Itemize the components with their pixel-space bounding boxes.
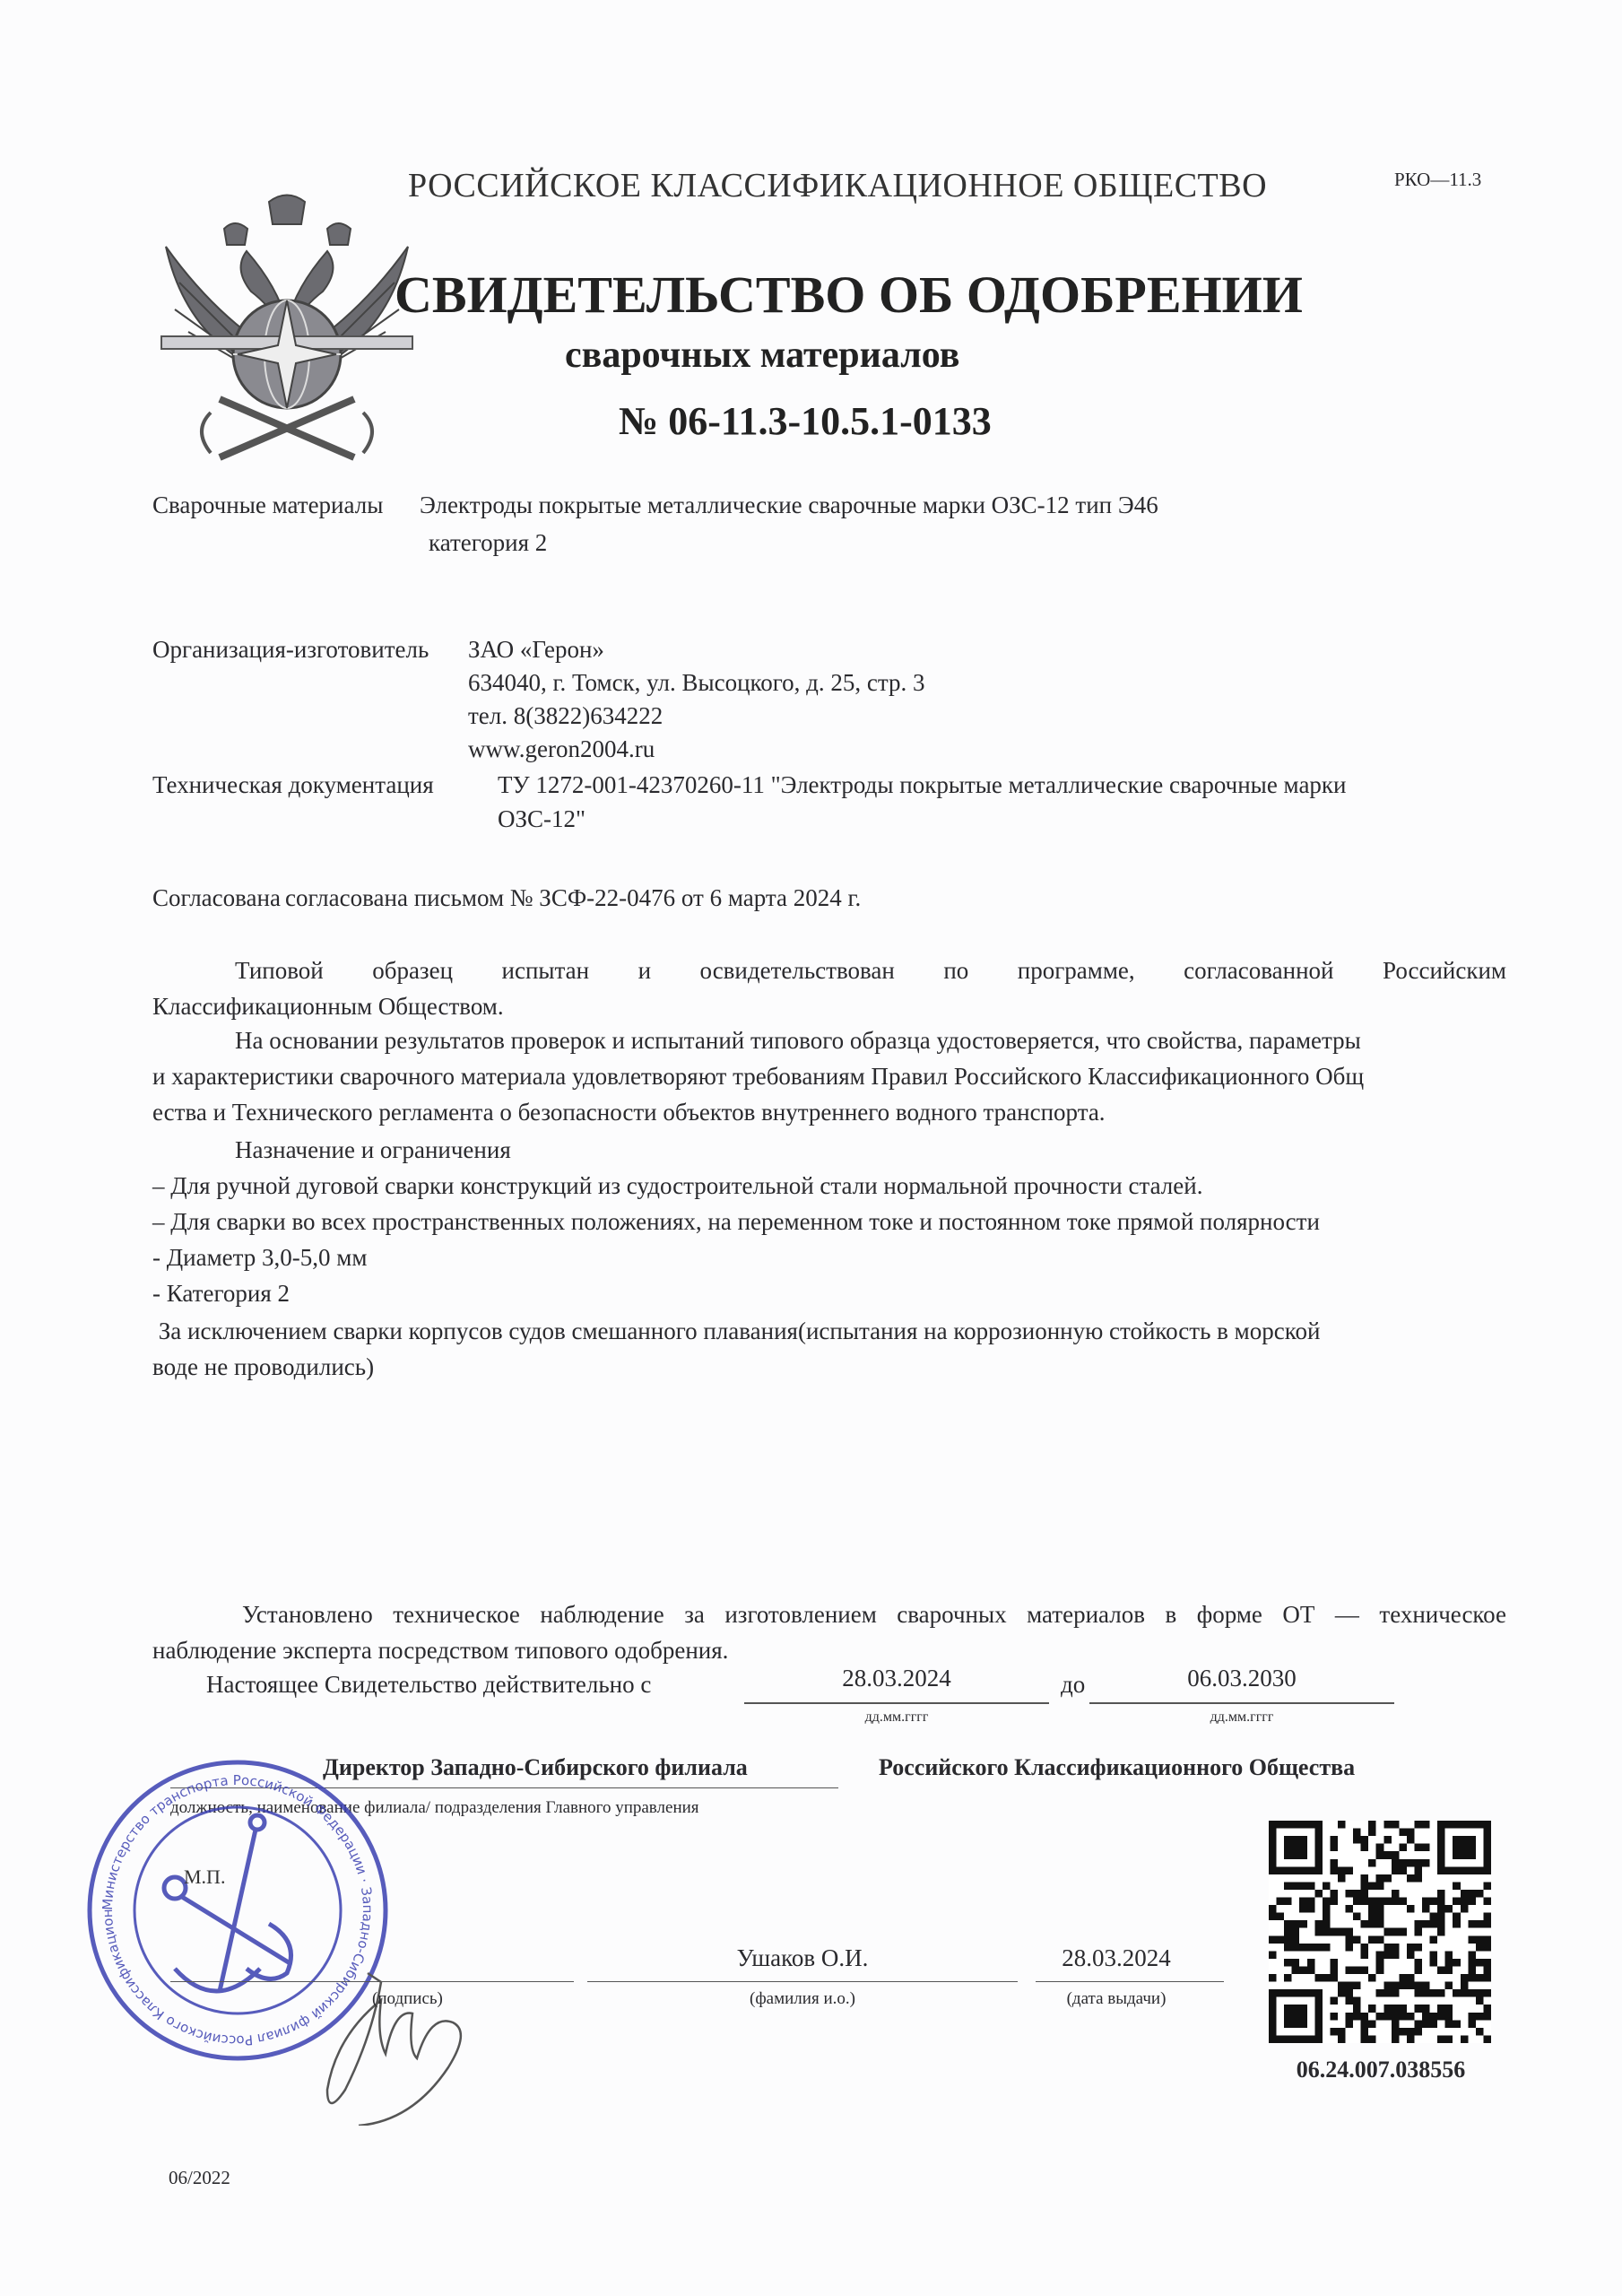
qr-code-number: 06.24.007.038556 <box>1255 2058 1506 2082</box>
manufacturer-label: Организация-изготовитель <box>152 638 429 662</box>
agreed-value: согласована письмом № ЗСФ-22-0476 от 6 м… <box>285 886 861 910</box>
exception-note-cont: воде не проводились) <box>152 1349 1506 1385</box>
manufacturer-website[interactable]: www.geron2004.ru <box>468 737 655 761</box>
supervision-paragraph: Установлено техническое наблюдение за из… <box>152 1596 1506 1668</box>
signatory-organization: Российского Классификационного Общества <box>879 1756 1355 1779</box>
paragraph-certification: На основании результатов проверок и испы… <box>152 1022 1506 1130</box>
double-headed-eagle-emblem-icon <box>157 184 417 471</box>
purpose-section: Назначение и ограничения – Для ручной ду… <box>152 1132 1506 1385</box>
tech-docs-label: Техническая документация <box>152 773 434 797</box>
purpose-item: – Для ручной дуговой сварки конструкций … <box>152 1168 1506 1204</box>
tech-docs-value-cont: ОЗС-12" <box>498 807 585 831</box>
valid-from-format: дд.мм.гггг <box>744 1709 1049 1726</box>
document-subtitle: сварочных материалов <box>565 336 959 374</box>
purpose-item: - Категория 2 <box>152 1275 1506 1311</box>
purpose-heading: Назначение и ограничения <box>152 1132 1506 1168</box>
valid-to-date: 06.03.2030 <box>1089 1666 1394 1691</box>
certificate-number: № 06-11.3-10.5.1-0133 <box>619 402 992 441</box>
issue-date-underline <box>1036 1981 1224 1982</box>
form-code: РКО—11.3 <box>1394 170 1481 189</box>
name-underline <box>587 1981 1018 1982</box>
valid-from-field: 28.03.2024 <box>744 1666 1049 1691</box>
form-version: 06/2022 <box>169 2169 230 2187</box>
valid-to-underline <box>1089 1702 1394 1704</box>
exception-note: За исключением сварки корпусов судов сме… <box>152 1313 1506 1349</box>
signature-underline <box>170 1981 574 1982</box>
signatory-name: Ушаков О.И. <box>690 1946 915 1970</box>
purpose-item: - Диаметр 3,0-5,0 мм <box>152 1239 1506 1275</box>
validity-label: Настоящее Свидетельство действительно с <box>206 1673 651 1697</box>
valid-from-date: 28.03.2024 <box>744 1666 1049 1691</box>
stamp-label: М.П. <box>184 1865 225 1888</box>
valid-to-label: до <box>1061 1673 1085 1697</box>
valid-from-underline <box>744 1702 1049 1704</box>
manufacturer-name: ЗАО «Герон» <box>468 638 604 662</box>
materials-label: Сварочные материалы <box>152 493 383 517</box>
document-title: СВИДЕТЕЛЬСТВО ОБ ОДОБРЕНИИ <box>395 269 1303 321</box>
purpose-item: – Для сварки во всех пространственных по… <box>152 1204 1506 1239</box>
agreed-label: Согласована <box>152 886 281 910</box>
materials-value: Электроды покрытые металлические сварочн… <box>420 493 1158 517</box>
signature-hint: (подпись) <box>372 1989 443 2009</box>
name-hint: (фамилия и.о.) <box>690 1989 915 2009</box>
tech-docs-value: ТУ 1272-001-42370260-11 "Электроды покры… <box>498 773 1347 797</box>
qr-code-icon[interactable] <box>1269 1821 1491 2043</box>
valid-to-field: 06.03.2030 <box>1089 1666 1394 1691</box>
manufacturer-address: 634040, г. Томск, ул. Высоцкого, д. 25, … <box>468 671 925 695</box>
issue-date: 28.03.2024 <box>1018 1946 1215 1970</box>
issue-date-hint: (дата выдачи) <box>1018 1989 1215 2009</box>
organization-name: РОССИЙСКОЕ КЛАССИФИКАЦИОННОЕ ОБЩЕСТВО <box>408 169 1267 203</box>
materials-category: категория 2 <box>429 531 547 555</box>
manufacturer-phone: тел. 8(3822)634222 <box>468 704 663 728</box>
valid-to-format: дд.мм.гггг <box>1089 1709 1394 1726</box>
paragraph-tested: Типовой образец испытан и освидетельство… <box>152 952 1506 1024</box>
